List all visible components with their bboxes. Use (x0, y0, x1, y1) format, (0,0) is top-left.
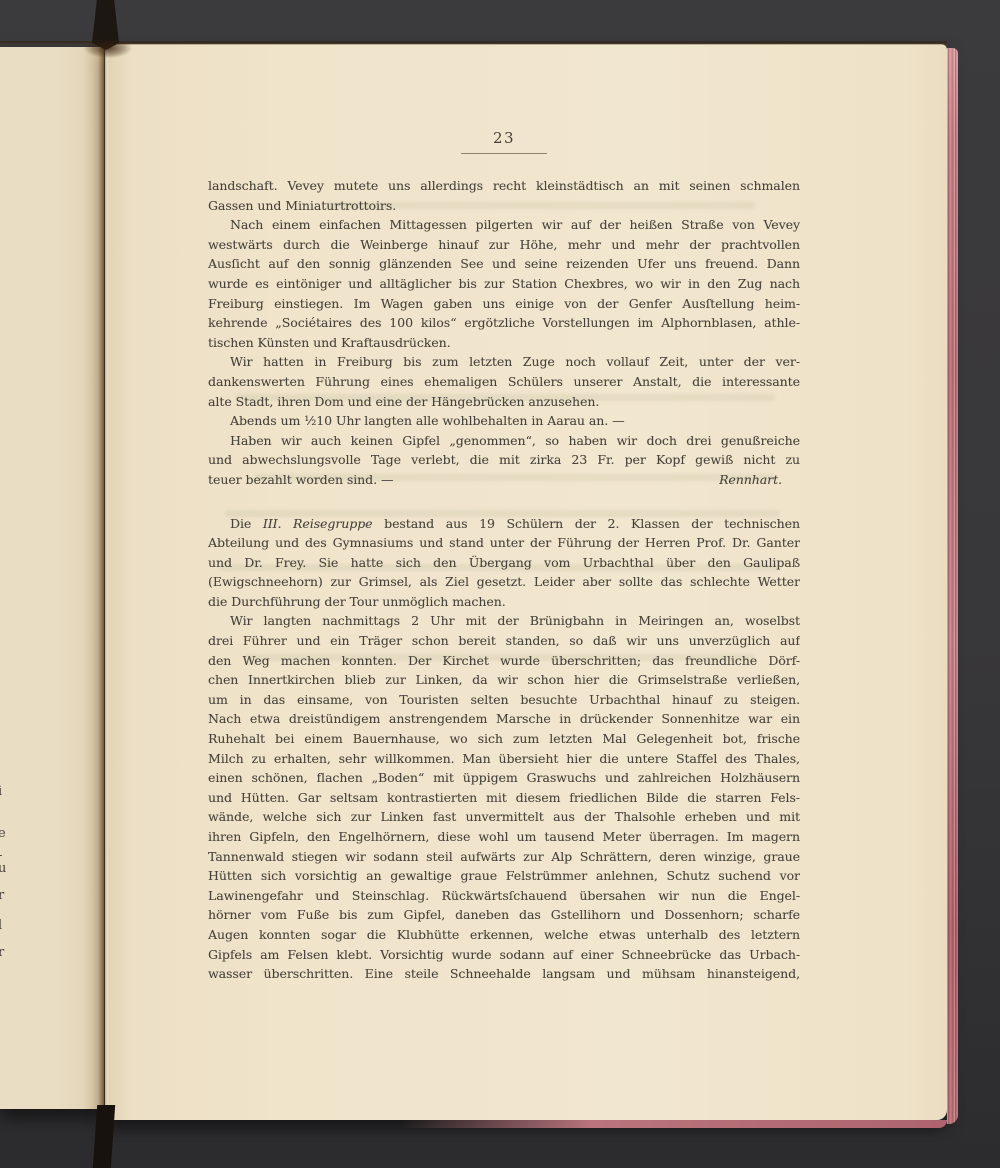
text-segment: landschaft. Vevey mutete uns allerdings … (208, 178, 800, 193)
text-line: um in das einsame, von Touristen selten … (208, 690, 800, 710)
text-line: alte Stadt, ihren Dom und eine der Hänge… (208, 392, 800, 412)
text-segment: und Dr. Frey. Sie hatte sich den Übergan… (208, 555, 800, 570)
text-line: Gassen und Miniaturtrottoirs. (208, 196, 800, 216)
text-line: die Durchführung der Tour unmöglich mach… (208, 592, 800, 612)
text-segment: Freiburg einstiegen. Im Wagen gaben uns … (208, 296, 800, 311)
text-segment: um in das einsame, von Touristen selten … (208, 692, 800, 707)
text-segment: Ausſicht auf den sonnig glänzenden See u… (208, 256, 800, 271)
text-line: Abends um ¹⁄₂10 Uhr langten alle wohlbeh… (208, 411, 800, 431)
text-segment: ihren Gipfeln, den Engelhörnern, diese w… (208, 829, 800, 844)
text-segment: tischen Künsten und Kraftausdrücken. (208, 335, 451, 350)
cut-off-text-fragment: r (0, 946, 4, 959)
text-line: Die III. Reisegruppe bestand aus 19 Schü… (208, 514, 800, 534)
text-segment: hörner vom Fuße bis zum Gipfel, daneben … (208, 907, 800, 922)
text-line: landschaft. Vevey mutete uns allerdings … (208, 176, 800, 196)
text-segment: wasser überschritten. Eine steile Schnee… (208, 966, 800, 981)
text-segment: Hütten sich vorsichtig an gewaltige grau… (208, 868, 800, 883)
text-segment: teuer bezahlt worden sind. — (208, 470, 393, 490)
text-segment: den Weg machen konnten. Der Kirchet wurd… (208, 653, 800, 668)
text-segment: Haben wir auch keinen Gipfel „genommen“,… (230, 433, 800, 448)
fore-edge (947, 48, 958, 1124)
text-segment: Die (230, 516, 263, 531)
text-line: einen schönen, flachen „Boden“ mit üppig… (208, 768, 800, 788)
text-line: Nach etwa dreistündigem anstrengendem Ma… (208, 709, 800, 729)
text-segment: Nach einem einfachen Mittagessen pilgert… (230, 217, 800, 232)
paragraph: Nach einem einfachen Mittagessen pilgert… (208, 215, 800, 352)
text-block: landschaft. Vevey mutete uns allerdings … (208, 176, 800, 984)
text-segment: Gipfels am Felsen klebt. Vorsichtig wurd… (208, 947, 800, 962)
text-segment: Abends um ¹⁄₂10 Uhr langten alle wohlbeh… (230, 413, 625, 428)
cut-off-text-fragment: l (0, 919, 2, 932)
paragraph: Die III. Reisegruppe bestand aus 19 Schü… (208, 514, 800, 612)
text-segment: alte Stadt, ihren Dom und eine der Hänge… (208, 394, 599, 409)
text-line: Haben wir auch keinen Gipfel „genommen“,… (208, 431, 800, 451)
page-number: 23 (208, 130, 800, 147)
text-segment: bestand aus 19 Schülern der 2. Klassen d… (373, 516, 800, 531)
text-line: tischen Künsten und Kraftausdrücken. (208, 333, 800, 353)
book-page: 23 landschaft. Vevey mutete uns allerdin… (105, 44, 947, 1120)
text-line: wände, welche sich zur Linken fast unver… (208, 807, 800, 827)
text-line: Nach einem einfachen Mittagessen pilgert… (208, 215, 800, 235)
cut-off-text-fragment: i (0, 785, 2, 798)
text-segment: die Durchführung der Tour unmöglich mach… (208, 594, 506, 609)
text-segment: Gassen und Miniaturtrottoirs. (208, 198, 396, 213)
text-segment: Wir hatten in Freiburg bis zum letzten Z… (230, 354, 800, 369)
text-line: dankenswerten Führung eines ehemaligen S… (208, 372, 800, 392)
text-segment: westwärts durch die Weinberge hinauf zur… (208, 237, 800, 252)
text-line: Ruhehalt bei einem Bauernhause, wo sich … (208, 729, 800, 749)
text-segment: und abwechslungsvolle Tage verlebt, die … (208, 452, 800, 467)
text-line: und Hütten. Gar seltsam kontrastierten m… (208, 788, 800, 808)
text-line: Wir langten nachmittags 2 Uhr mit der Br… (208, 611, 800, 631)
text-segment: chen Innertkirchen blieb zur Linken, da … (208, 672, 800, 687)
text-segment: wände, welche sich zur Linken fast unver… (208, 809, 800, 824)
gutter-crease (98, 44, 109, 1114)
text-line: und Dr. Frey. Sie hatte sich den Übergan… (208, 553, 800, 573)
text-segment: Tannenwald stiegen wir sodann steil aufw… (208, 849, 800, 864)
text-line: wurde es eintöniger und alltäglicher bis… (208, 274, 800, 294)
author-signature: Rennhart. (719, 470, 782, 490)
text-segment: Augen konnten sogar die Klubhütte erkenn… (208, 927, 800, 942)
text-line: chen Innertkirchen blieb zur Linken, da … (208, 670, 800, 690)
text-line: Milch zu erhalten, sehr willkommen. Man … (208, 749, 800, 769)
text-line: Augen konnten sogar die Klubhütte erkenn… (208, 925, 800, 945)
text-line: den Weg machen konnten. Der Kirchet wurd… (208, 651, 800, 671)
facing-page-edge: ie-urlr (0, 47, 104, 1109)
text-line: Ausſicht auf den sonnig glänzenden See u… (208, 254, 800, 274)
text-line: Tannenwald stiegen wir sodann steil aufw… (208, 847, 800, 867)
paragraph: Haben wir auch keinen Gipfel „genommen“,… (208, 431, 800, 490)
text-segment: Lawinengefahr und Steinschlag. Rückwärts… (208, 888, 800, 903)
text-line: Gipfels am Felsen klebt. Vorsichtig wurd… (208, 945, 800, 965)
text-segment: kehrende „Sociétaires des 100 kilos“ erg… (208, 315, 800, 330)
text-segment: Abteilung und des Gymnasiums und stand u… (208, 535, 800, 550)
text-line: (Ewigschneehorn) zur Grimsel, als Ziel g… (208, 572, 800, 592)
page-header: 23 (208, 130, 800, 154)
paragraph: Wir hatten in Freiburg bis zum letzten Z… (208, 352, 800, 411)
paragraph: landschaft. Vevey mutete uns allerdings … (208, 176, 800, 215)
text-line: drei Führer und ein Träger schon bereit … (208, 631, 800, 651)
text-segment: und Hütten. Gar seltsam kontrastierten m… (208, 790, 800, 805)
cut-off-text-fragment: u (0, 862, 6, 875)
text-line: und abwechslungsvolle Tage verlebt, die … (208, 450, 800, 470)
text-line: teuer bezahlt worden sind. —Rennhart. (208, 470, 800, 490)
text-line: wasser überschritten. Eine steile Schnee… (208, 964, 800, 984)
text-segment: drei Führer und ein Träger schon bereit … (208, 633, 800, 648)
text-segment: (Ewigschneehorn) zur Grimsel, als Ziel g… (208, 574, 800, 589)
text-line: Abteilung und des Gymnasiums und stand u… (208, 533, 800, 553)
text-line: westwärts durch die Weinberge hinauf zur… (208, 235, 800, 255)
text-segment: Ruhehalt bei einem Bauernhause, wo sich … (208, 731, 800, 746)
text-segment: teuer bezahlt worden sind. — (208, 472, 393, 487)
text-segment: Nach etwa dreistündigem anstrengendem Ma… (208, 711, 800, 726)
text-line: Freiburg einstiegen. Im Wagen gaben uns … (208, 294, 800, 314)
italic-text: III. Reisegruppe (263, 516, 373, 531)
text-segment: Milch zu erhalten, sehr willkommen. Man … (208, 751, 800, 766)
page-number-rule (461, 153, 547, 154)
text-line: Hütten sich vorsichtig an gewaltige grau… (208, 866, 800, 886)
page-top-edge-shadow (0, 41, 947, 45)
book-bottom-edge (400, 1120, 947, 1128)
text-line: Wir hatten in Freiburg bis zum letzten Z… (208, 352, 800, 372)
text-segment: Wir langten nachmittags 2 Uhr mit der Br… (230, 613, 800, 628)
text-line: ihren Gipfeln, den Engelhörnern, diese w… (208, 827, 800, 847)
cut-off-text-fragment: r (0, 889, 4, 902)
text-line: kehrende „Sociétaires des 100 kilos“ erg… (208, 313, 800, 333)
gutter-shadow (84, 40, 132, 58)
text-line: Lawinengefahr und Steinschlag. Rückwärts… (208, 886, 800, 906)
text-line: hörner vom Fuße bis zum Gipfel, daneben … (208, 905, 800, 925)
text-segment: einen schönen, flachen „Boden“ mit üppig… (208, 770, 800, 785)
paragraph: Abends um ¹⁄₂10 Uhr langten alle wohlbeh… (208, 411, 800, 431)
text-segment: dankenswerten Führung eines ehemaligen S… (208, 374, 800, 389)
text-segment: wurde es eintöniger und alltäglicher bis… (208, 276, 800, 291)
open-book: ie-urlr 23 landschaft. Vevey mutete uns … (0, 44, 958, 1124)
cut-off-text-fragment: e (0, 827, 6, 840)
bookmark-ribbon-bottom (93, 1105, 115, 1168)
paragraph: Wir langten nachmittags 2 Uhr mit der Br… (208, 611, 800, 983)
